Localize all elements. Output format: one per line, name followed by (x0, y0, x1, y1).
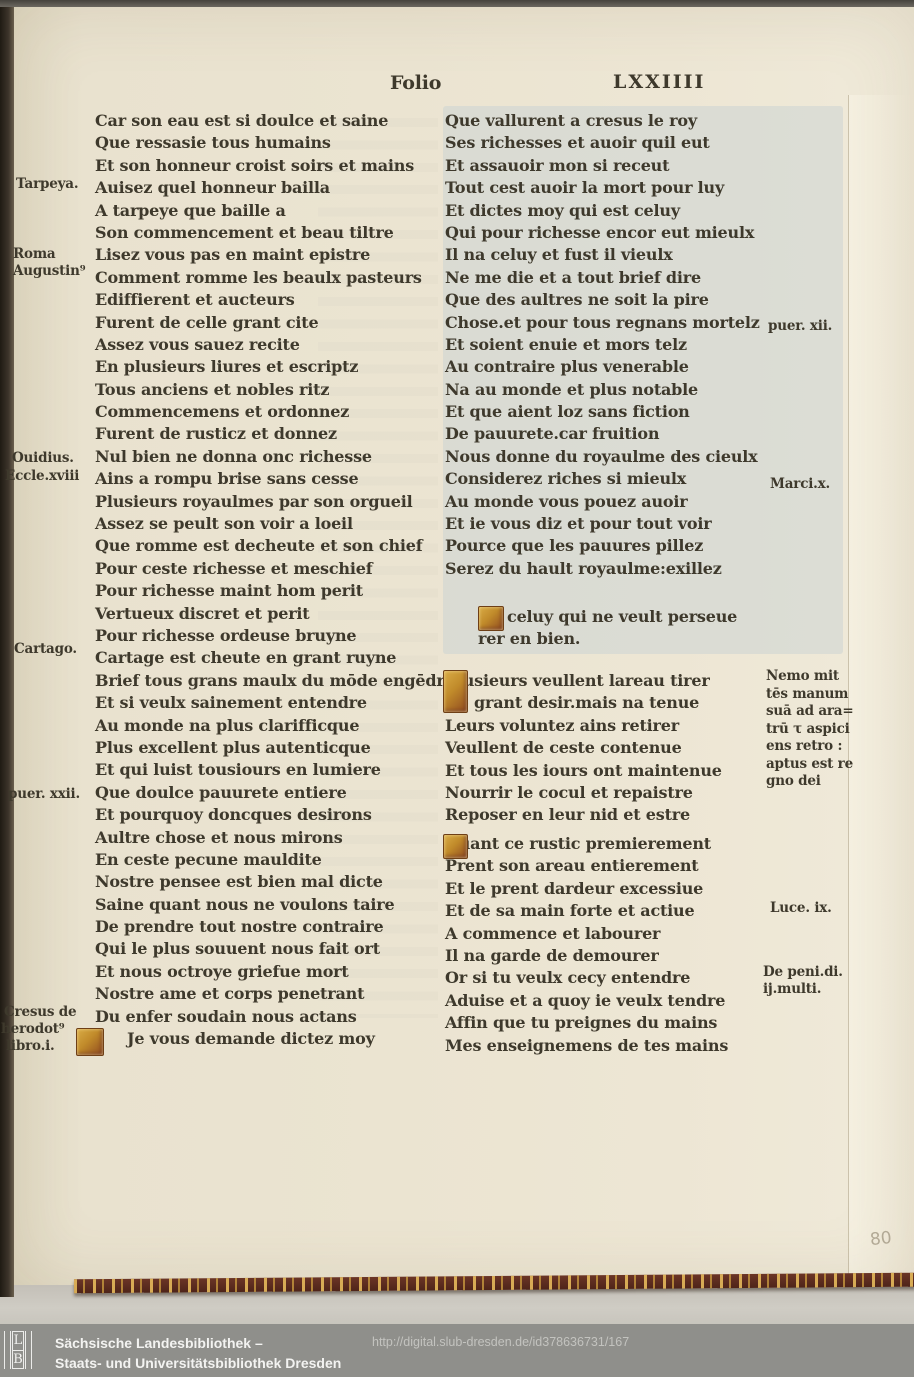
poem-line: Nul bien ne donna onc richesse (95, 446, 445, 468)
poem-line: Ediffierent et aucteurs (95, 289, 445, 311)
library-name-line2: Staats- und Universitätsbibliothek Dresd… (55, 1353, 341, 1373)
margin-note-marci: Marci.x. (770, 476, 830, 494)
margin-note-augustinus: Augustin⁹ (13, 263, 85, 281)
poem-line: Nostre pensee est bien mal dicte (95, 871, 445, 893)
poem-line: Et ie vous diz et pour tout voir (445, 513, 850, 535)
margin-note-puer-xxii: puer. xxii. (8, 786, 80, 804)
poem-line: Furent de rusticz et donnez (95, 423, 445, 445)
pencil-folio-number: 80 (869, 1228, 893, 1250)
digitized-book-scan: Folio LXXIIII Car son eau est si doulce … (0, 0, 914, 1377)
poem-line: Nourrir le cocul et repaistre (445, 782, 775, 804)
footer-bar: L B Sächsische Landesbibliothek – Staats… (0, 1324, 914, 1377)
poem-line: Tout cest auoir la mort pour luy (445, 177, 850, 199)
poem-line: Et qui luist tousiours en lumiere (95, 759, 445, 781)
logo-letter-l: L (13, 1332, 23, 1351)
poem-line: Cartage est cheute en grant ruyne (95, 647, 445, 669)
poem-line: Prent son areau entierement (445, 855, 775, 877)
book-gutter-shadow (0, 5, 14, 1297)
poem-line: Qui pour richesse encor eut mieulx (445, 222, 850, 244)
paraph-initial-quant (443, 834, 468, 859)
poem-line: Et nous octroye griefue mort (95, 961, 445, 983)
poem-line: Je vous demande dictez moy (95, 1028, 445, 1050)
poem-line: Aultre chose et nous mirons (95, 827, 445, 849)
poem-line: Comment romme les beaulx pasteurs (95, 267, 445, 289)
poem-line: Affin que tu preignes du mains (445, 1012, 775, 1034)
poem-line: Leurs voluntez ains retirer (445, 715, 775, 737)
margin-note-depeni-2: ij.multi. (763, 981, 821, 999)
poem-line: Ne me die et a tout brief dire (445, 267, 850, 289)
logo-bars-left (4, 1331, 11, 1369)
poem-line: Au contraire plus venerable (445, 356, 850, 378)
poem-line: Or si tu veulx cecy entendre (445, 967, 775, 989)
library-name: Sächsische Landesbibliothek – Staats- un… (55, 1333, 341, 1373)
margin-note-nemo-latin: Nemo mittēs manumsuā ad ara=trū τ aspici… (766, 668, 850, 791)
poem-line: Ses richesses et auoir quil eut (445, 132, 850, 154)
illuminated-initial-plusieurs (443, 670, 468, 713)
library-name-line1: Sächsische Landesbibliothek – (55, 1333, 341, 1353)
scan-top-edge (0, 0, 914, 7)
margin-note-cresus-3: libro.i. (6, 1038, 55, 1056)
poem-line: Son commencement et beau tiltre (95, 222, 445, 244)
poem-column-right-stanza3: Quant ce rustic premierementPrent son ar… (445, 833, 775, 1057)
poem-line: Veullent de ceste contenue (445, 737, 775, 759)
poem-line: Et dictes moy qui est celuy (445, 200, 850, 222)
poem-line: Et soient enuie et mors telz (445, 334, 850, 356)
poem-line: Du enfer soudain nous actans (95, 1006, 445, 1028)
margin-note-cresus-1: Cresus de (4, 1004, 76, 1022)
margin-note-cartago: Cartago. (14, 641, 77, 659)
slub-logo: L B (3, 1331, 33, 1369)
margin-note-roma: Roma (13, 246, 55, 264)
rubric-line: rer en bien. (478, 628, 808, 650)
poem-line: Auisez quel honneur bailla (95, 177, 445, 199)
poem-line: Il na garde de demourer (445, 945, 775, 967)
poem-line: Car son eau est si doulce et saine (95, 110, 445, 132)
margin-note-tarpeya: Tarpeya. (16, 176, 78, 194)
poem-line: A tarpeye que baille a (95, 200, 445, 222)
poem-column-left: Car son eau est si doulce et saineQue re… (95, 110, 445, 1050)
scan-url: http://digital.slub-dresden.de/id3786367… (372, 1335, 629, 1349)
poem-line: Au monde vous pouez auoir (445, 491, 850, 513)
poem-line: En ceste pecune mauldite (95, 849, 445, 871)
margin-note-luce: Luce. ix. (770, 900, 832, 918)
poem-line: Aduise et a quoy ie veulx tendre (445, 990, 775, 1012)
poem-line: Na au monde et plus notable (445, 379, 850, 401)
poem-line: A commence et labourer (445, 923, 775, 945)
poem-line: De prendre tout nostre contraire (95, 916, 445, 938)
logo-letter-b: B (13, 1351, 23, 1369)
poem-line: Plusieurs veullent lareau tirer (445, 670, 775, 692)
poem-line: Quant ce rustic premierement (445, 833, 775, 855)
poem-line: Que des aultres ne soit la pire (445, 289, 850, 311)
poem-line: Plus excellent plus autenticque (95, 737, 445, 759)
poem-line: Et pourquoy doncques desirons (95, 804, 445, 826)
poem-line: Et que aient loz sans fiction (445, 401, 850, 423)
logo-bars-right (25, 1331, 32, 1369)
margin-note-line: Nemo mit (766, 668, 850, 686)
margin-note-line: aptus est re (766, 756, 850, 774)
poem-line: Que vallurent a cresus le roy (445, 110, 850, 132)
poem-line: Et le prent dardeur excessiue (445, 878, 775, 900)
poem-line: Tous anciens et nobles ritz (95, 379, 445, 401)
poem-line: Et de sa main forte et actiue (445, 900, 775, 922)
margin-note-line: suā ad ara= (766, 703, 850, 721)
margin-note-line: gno dei (766, 773, 850, 791)
margin-note-ouidius: Ouidius. (12, 450, 74, 468)
poem-line: Serez du hault royaulme:exillez (445, 558, 850, 580)
poem-line: Assez vous sauez recite (95, 334, 445, 356)
poem-line: Plusieurs royaulmes par son orgueil (95, 491, 445, 513)
margin-note-eccle: Eccle.xviii (5, 468, 79, 486)
poem-line: En plusieurs liures et escriptz (95, 356, 445, 378)
poem-column-right-stanza2: Plusieurs veullent lareau tirerDe grant … (445, 670, 775, 827)
poem-line: De pauurete.car fruition (445, 423, 850, 445)
poem-line: Mes enseignemens de tes mains (445, 1035, 775, 1057)
poem-line: Et tous les iours ont maintenue (445, 760, 775, 782)
paraph-initial-je (76, 1028, 104, 1056)
poem-line: Pour richesse maint hom perit (95, 580, 445, 602)
poem-line: Assez se peult son voir a loeil (95, 513, 445, 535)
poem-line: Commencemens et ordonnez (95, 401, 445, 423)
poem-line: Pour ceste richesse et meschief (95, 558, 445, 580)
margin-note-line: tēs manum (766, 686, 850, 704)
poem-line: Il na celuy et fust il vieulx (445, 244, 850, 266)
logo-letters: L B (12, 1331, 24, 1369)
poem-line: Lisez vous pas en maint epistre (95, 244, 445, 266)
poem-line: Vertueux discret et perit (95, 603, 445, 625)
poem-line: Ains a rompu brise sans cesse (95, 468, 445, 490)
poem-line: Et si veulx sainement entendre (95, 692, 445, 714)
paraph-initial-rubric (478, 606, 504, 631)
page-edge (848, 95, 914, 1275)
poem-line: Nostre ame et corps penetrant (95, 983, 445, 1005)
rubric-line: De celuy qui ne veult perseue (478, 606, 808, 628)
margin-note-depeni-1: De peni.di. (763, 964, 843, 982)
margin-note-puer-xii: puer. xii. (768, 318, 832, 336)
poem-line: Saine quant nous ne voulons taire (95, 894, 445, 916)
poem-line: Et son honneur croist soirs et mains (95, 155, 445, 177)
poem-line: Au monde na plus clarifficque (95, 715, 445, 737)
folio-label: Folio (390, 72, 441, 94)
margin-note-line: ens retro : (766, 738, 850, 756)
poem-line: Que romme est decheute et son chief (95, 535, 445, 557)
folio-number: LXXIIII (613, 71, 705, 93)
poem-column-right-stanza1: Que vallurent a cresus le roySes richess… (445, 110, 850, 580)
poem-line: De grant desir.mais na tenue (445, 692, 775, 714)
poem-line: Nous donne du royaulme des cieulx (445, 446, 850, 468)
poem-line: Pour richesse ordeuse bruyne (95, 625, 445, 647)
poem-line: Qui le plus souuent nous fait ort (95, 938, 445, 960)
poem-line: Furent de celle grant cite (95, 312, 445, 334)
poem-line: Et assauoir mon si receut (445, 155, 850, 177)
poem-line: Que doulce pauurete entiere (95, 782, 445, 804)
poem-line: Pource que les pauures pillez (445, 535, 850, 557)
poem-line: Que ressasie tous humains (95, 132, 445, 154)
margin-note-cresus-2: herodot⁹ (1, 1021, 65, 1039)
margin-note-line: trū τ aspici (766, 721, 850, 739)
poem-line: Reposer en leur nid et estre (445, 804, 775, 826)
rubric-heading: De celuy qui ne veult perseuerer en bien… (478, 606, 808, 651)
poem-line: Brief tous grans maulx du mōde engēdre (95, 670, 445, 692)
